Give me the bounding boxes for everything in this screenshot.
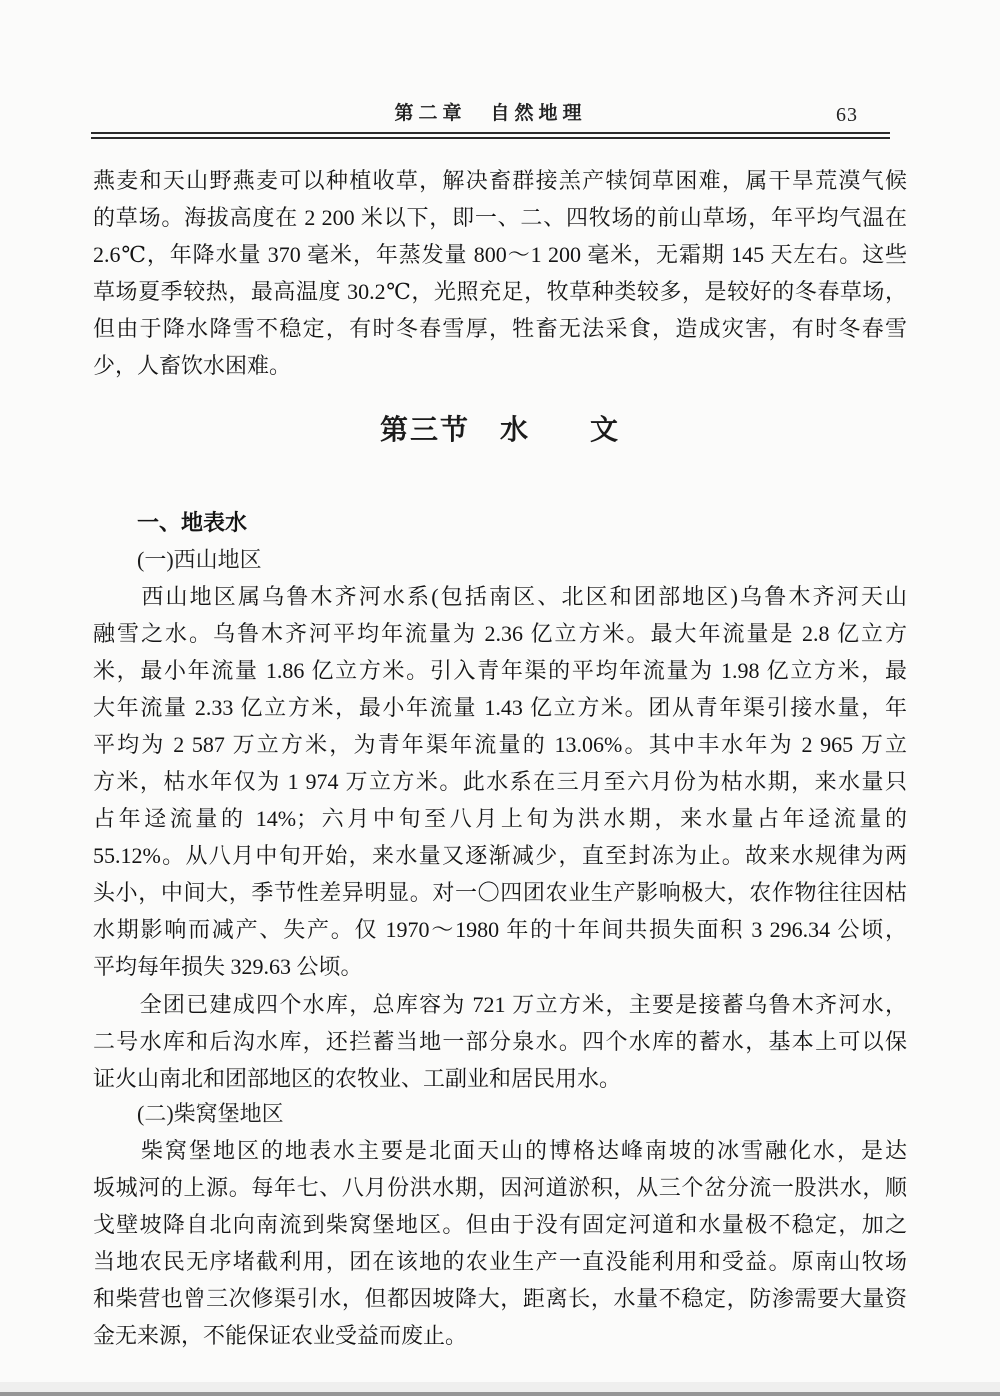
text-line: 的草场。海拔高度在 2 200 米以下，即一、二、四牧场的前山草场，年平均气温在 bbox=[93, 199, 907, 236]
book-page: 第二章 自然地理 63 燕麦和天山野燕麦可以种植收草，解决畜群接羔产犊饲草困难，… bbox=[0, 0, 1000, 1396]
text-line: 少，人畜饮水困难。 bbox=[93, 347, 907, 384]
text-line: 55.12%。从八月中旬开始，来水量又逐渐减少，直至封冻为止。故来水规律为两 bbox=[93, 837, 907, 874]
text-line: 当地农民无序堵截利用，团在该地的农业生产一直没能利用和受益。原南山牧场 bbox=[93, 1243, 907, 1280]
text-line: 二号水库和后沟水库，还拦蓄当地一部分泉水。四个水库的蓄水，基本上可以保 bbox=[93, 1023, 907, 1060]
text-line: 2.6℃，年降水量 370 毫米，年蒸发量 800～1 200 毫米，无霜期 1… bbox=[93, 236, 907, 273]
text-line: 柴窝堡地区的地表水主要是北面天山的博格达峰南坡的冰雪融化水，是达 bbox=[93, 1132, 907, 1169]
text-line: 头小，中间大，季节性差异明显。对一〇四团农业生产影响极大，农作物往往因枯 bbox=[93, 874, 907, 911]
scan-bottom-shadow bbox=[0, 1382, 1000, 1392]
paragraph-grassland-continued: 燕麦和天山野燕麦可以种植收草，解决畜群接羔产犊饲草困难，属干旱荒漠气候的草场。海… bbox=[93, 162, 907, 384]
text-line: 方米，枯水年仅为 1 974 万立方米。此水系在三月至六月份为枯水期，来水量只 bbox=[93, 763, 907, 800]
heading-chaiwopu-area: (二)柴窝堡地区 bbox=[93, 1100, 907, 1128]
heading-xishan-area: (一)西山地区 bbox=[93, 546, 907, 574]
text-line: 平均每年损失 329.63 公顷。 bbox=[93, 948, 907, 985]
text-line: 融雪之水。乌鲁木齐河平均年流量为 2.36 亿立方米。最大年流量是 2.8 亿立… bbox=[93, 615, 907, 652]
text-line: 平均为 2 587 万立方米，为青年渠年流量的 13.06%。其中丰水年为 2 … bbox=[93, 726, 907, 763]
paragraph-reservoirs: 全团已建成四个水库，总库容为 721 万立方米，主要是接蓄乌鲁木齐河水，二号水库… bbox=[93, 986, 907, 1097]
running-header-chapter-title: 第二章 自然地理 bbox=[91, 101, 890, 127]
paragraph-xishan-water-system: 西山地区属乌鲁木齐河水系(包括南区、北区和团部地区)乌鲁木齐河天山融雪之水。乌鲁… bbox=[93, 578, 907, 985]
text-line: 和柴营也曾三次修渠引水，但都因坡降大，距离长，水量不稳定，防渗需要大量资 bbox=[93, 1280, 907, 1317]
heading-surface-water: 一、地表水 bbox=[93, 509, 907, 537]
paragraph-chaiwopu-water: 柴窝堡地区的地表水主要是北面天山的博格达峰南坡的冰雪融化水，是达坂城河的上源。每… bbox=[93, 1132, 907, 1354]
text-line: 燕麦和天山野燕麦可以种植收草，解决畜群接羔产犊饲草困难，属干旱荒漠气候 bbox=[93, 162, 907, 199]
section-title-hydrology: 第三节 水 文 bbox=[93, 408, 907, 454]
text-line: 大年流量 2.33 亿立方米，最小年流量 1.43 亿立方米。团从青年渠引接水量… bbox=[93, 689, 907, 726]
text-line: 草场夏季较热，最高温度 30.2℃，光照充足，牧草种类较多，是较好的冬春草场， bbox=[93, 273, 907, 310]
text-line: 金无来源，不能保证农业受益而废止。 bbox=[93, 1317, 907, 1354]
text-line: 占年迳流量的 14%；六月中旬至八月上旬为洪水期，来水量占年迳流量的 bbox=[93, 800, 907, 837]
text-line: 西山地区属乌鲁木齐河水系(包括南区、北区和团部地区)乌鲁木齐河天山 bbox=[93, 578, 907, 615]
text-line: 水期影响而减产、失产。仅 1970～1980 年的十年间共损失面积 3 296.… bbox=[93, 911, 907, 948]
text-line: 但由于降水降雪不稳定，有时冬春雪厚，牲畜无法采食，造成灾害，有时冬春雪 bbox=[93, 310, 907, 347]
scan-bottom-edge bbox=[0, 1392, 1000, 1396]
text-line: 米，最小年流量 1.86 亿立方米。引入青年渠的平均年流量为 1.98 亿立方米… bbox=[93, 652, 907, 689]
text-line: 证火山南北和团部地区的农牧业、工副业和居民用水。 bbox=[93, 1060, 907, 1097]
header-double-rule bbox=[91, 132, 890, 139]
text-line: 戈壁坡降自北向南流到柴窝堡地区。但由于没有固定河道和水量极不稳定，加之 bbox=[93, 1206, 907, 1243]
text-line: 全团已建成四个水库，总库容为 721 万立方米，主要是接蓄乌鲁木齐河水， bbox=[93, 986, 907, 1023]
text-line: 坂城河的上源。每年七、八月份洪水期，因河道淤积，从三个岔分流一股洪水，顺 bbox=[93, 1169, 907, 1206]
page-number: 63 bbox=[836, 103, 858, 127]
